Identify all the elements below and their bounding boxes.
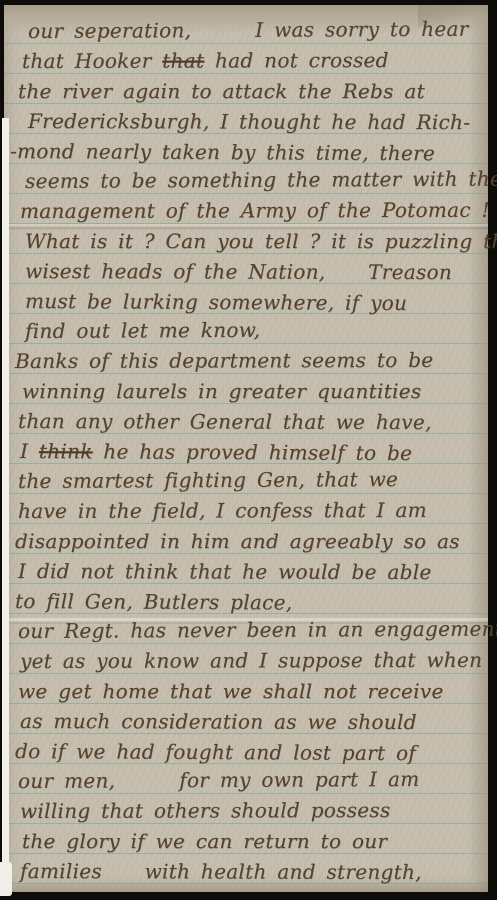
letter-line: must be lurking somewhere, if you	[25, 289, 407, 316]
letter-text: we get home that we shall not receive	[18, 679, 444, 703]
letter-line: the river again to attack the Rebs at	[18, 79, 425, 104]
letter-text: wisest heads of the Nation, Treason	[25, 259, 452, 284]
letter-text: -mond nearly taken by this time, there	[10, 139, 435, 165]
letter-line: What is it ? Can you tell ? it is puzzli…	[25, 229, 497, 254]
letter-line: families with health and strength,	[20, 859, 422, 885]
letter-line: we get home that we shall not receive	[18, 679, 444, 704]
letter-text: do if we had fought and lost part of	[15, 739, 416, 765]
letter-text: the smartest fighting Gen, that we	[18, 467, 398, 493]
letter-line: yet as you know and I suppose that when	[20, 648, 482, 674]
letter-line: seems to be something the matter with th…	[25, 167, 497, 194]
letter-line: I think he has proved himself to be	[20, 439, 412, 466]
letter-text: Banks of this department seems to be	[15, 348, 433, 373]
letter-line: as much consideration as we should	[20, 709, 417, 735]
letter-page: our seperation, I was sorry to hearthat …	[4, 5, 488, 892]
letter-line: to fill Gen, Butlers place,	[15, 589, 293, 615]
letter-text: willing that others should possess	[20, 798, 391, 823]
letter-line: management of the Army of the Potomac !	[20, 198, 490, 224]
letter-line: winning laurels in greater quantities	[22, 379, 421, 404]
letter-text: the glory if we can return to our	[22, 829, 387, 853]
scan-backing-corner	[0, 862, 12, 896]
letter-line: wisest heads of the Nation, Treason	[25, 259, 452, 285]
letter-text: yet as you know and I suppose that when	[20, 648, 482, 673]
letter-body: our seperation, I was sorry to hearthat …	[4, 5, 488, 892]
letter-line: that Hooker that had not crossed	[22, 48, 389, 74]
letter-text: our Regt. has never been in an engagemen…	[18, 616, 497, 643]
letter-text: I did not think that he would be able	[18, 559, 432, 584]
letter-text: as much consideration as we should	[20, 709, 417, 734]
letter-text: What is it ? Can you tell ? it is puzzli…	[25, 229, 497, 253]
letter-line: do if we had fought and lost part of	[15, 739, 416, 766]
letter-line: -mond nearly taken by this time, there	[10, 139, 435, 166]
letter-text: the river again to attack the Rebs at	[18, 79, 425, 103]
letter-text: to fill Gen, Butlers place,	[15, 589, 293, 614]
letter-text: must be lurking somewhere, if you	[25, 289, 407, 315]
letter-line: our men, for my own part I am	[18, 767, 420, 794]
letter-text: seems to be something the matter with th…	[25, 167, 497, 193]
letter-line: the smartest fighting Gen, that we	[18, 467, 398, 494]
letter-text: I	[20, 439, 39, 463]
letter-line: have in the field, I confess that I am	[18, 498, 427, 524]
letter-text: winning laurels in greater quantities	[22, 379, 421, 403]
letter-text: Fredericksburgh, I thought he had Rich-	[28, 109, 470, 134]
letter-line: the glory if we can return to our	[22, 829, 387, 854]
letter-line: disappointed in him and agreeably so as	[15, 529, 460, 554]
letter-line: I did not think that he would be able	[18, 559, 432, 585]
letter-line: Fredericksburgh, I thought he had Rich-	[28, 109, 470, 135]
letter-line: willing that others should possess	[20, 798, 391, 824]
struck-word: that	[162, 49, 204, 73]
letter-text: have in the field, I confess that I am	[18, 498, 427, 523]
letter-text: our men, for my own part I am	[18, 767, 420, 793]
letter-text: had not crossed	[204, 48, 388, 72]
scan-backing-edge	[2, 118, 9, 894]
letter-text: than any other General that we have,	[18, 409, 432, 434]
letter-text: management of the Army of the Potomac !	[20, 198, 490, 223]
letter-line: our Regt. has never been in an engagemen…	[18, 616, 497, 644]
letter-text: disappointed in him and agreeably so as	[15, 529, 460, 553]
letter-line: Banks of this department seems to be	[15, 348, 433, 374]
letter-text: families with health and strength,	[20, 859, 422, 884]
letter-line: find out let me know,	[25, 318, 261, 344]
letter-text: that Hooker	[22, 49, 162, 73]
letter-text: find out let me know,	[25, 318, 261, 343]
letter-line: our seperation, I was sorry to hear	[28, 17, 469, 44]
letter-text: he has proved himself to be	[93, 439, 413, 465]
struck-word: think	[39, 439, 93, 463]
letter-line: than any other General that we have,	[18, 409, 432, 435]
letter-text: our seperation, I was sorry to hear	[28, 17, 469, 43]
